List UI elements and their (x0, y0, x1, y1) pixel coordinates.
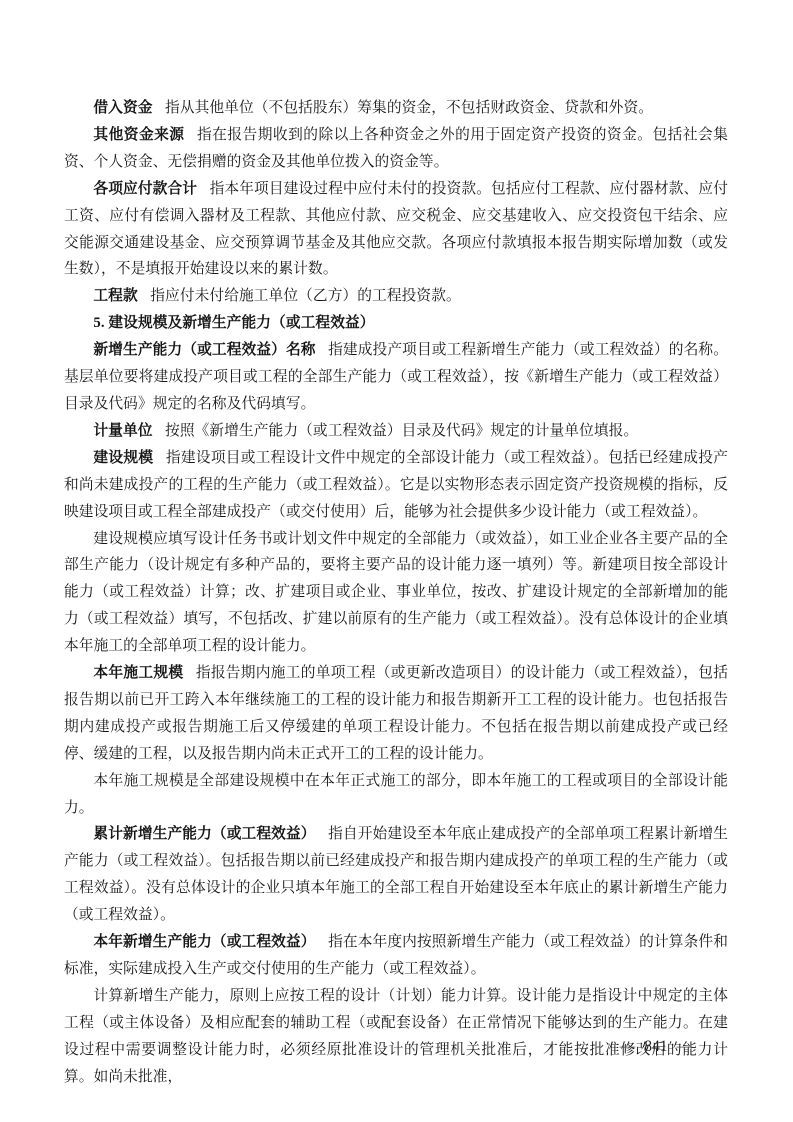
term-label: 本年新增生产能力（或工程效益） (93, 934, 328, 950)
definition-paragraph: 各项应付款合计指本年项目建设过程中应付未付的投资款。包括应付工程款、应付器材款、… (64, 176, 728, 284)
term-label: 建设规模 (93, 450, 165, 466)
section-heading-text: 5. 建设规模及新增生产能力（或工程效益） (93, 315, 374, 331)
definition-paragraph: 累计新增生产能力（或工程效益）指自开始建设至本年底止建成投产的全部单项工程累计新… (64, 821, 728, 929)
term-label: 本年施工规模 (93, 665, 195, 681)
text-block: 借入资金指从其他单位（不包括股东）筹集的资金，不包括财政资金、贷款和外资。 其他… (64, 95, 728, 1091)
page-footer: —841— (611, 1037, 701, 1057)
paragraph-text: 本年施工规模是全部建设规模中在本年正式施工的部分，即本年施工的工程或项目的全部设… (64, 773, 728, 816)
definition-paragraph: 本年新增生产能力（或工程效益）指在本年度内按照新增生产能力（或工程效益）的计算条… (64, 929, 728, 983)
term-label: 计量单位 (93, 423, 165, 439)
definition-paragraph: 本年施工规模指报告期内施工的单项工程（或更新改造项目）的设计能力（或工程效益），… (64, 660, 728, 768)
term-label: 其他资金来源 (93, 127, 197, 143)
section-heading: 5. 建设规模及新增生产能力（或工程效益） (64, 310, 728, 337)
footer-dash-right: — (668, 1038, 702, 1055)
document-page: 借入资金指从其他单位（不包括股东）筹集的资金，不包括财政资金、贷款和外资。 其他… (0, 0, 793, 1122)
paragraph-text: 指从其他单位（不包括股东）筹集的资金，不包括财政资金、贷款和外资。 (165, 100, 653, 116)
definition-paragraph: 工程款指应付未付给施工单位（乙方）的工程投资款。 (64, 283, 728, 310)
paragraph-text: 指应付未付给施工单位（乙方）的工程投资款。 (150, 288, 461, 304)
definition-paragraph: 计量单位按照《新增生产能力（或工程效益）目录及代码》规定的计量单位填报。 (64, 418, 728, 445)
paragraph-text: 按照《新增生产能力（或工程效益）目录及代码》规定的计量单位填报。 (165, 423, 638, 439)
term-label: 各项应付款合计 (93, 181, 209, 197)
definition-paragraph: 借入资金指从其他单位（不包括股东）筹集的资金，不包括财政资金、贷款和外资。 (64, 95, 728, 122)
body-paragraph: 建设规模应填写设计任务书或计划文件中规定的全部能力（或效益），如工业企业各主要产… (64, 526, 728, 661)
body-paragraph: 本年施工规模是全部建设规模中在本年正式施工的部分，即本年施工的工程或项目的全部设… (64, 768, 728, 822)
definition-paragraph: 新增生产能力（或工程效益）名称指建成投产项目或工程新增生产能力（或工程效益）的名… (64, 337, 728, 418)
term-label: 累计新增生产能力（或工程效益） (93, 826, 328, 842)
definition-paragraph: 建设规模指建设项目或工程设计文件中规定的全部设计能力（或工程效益）。包括已经建成… (64, 445, 728, 526)
term-label: 新增生产能力（或工程效益）名称 (93, 342, 328, 358)
footer-dash-left: — (611, 1038, 645, 1055)
term-label: 工程款 (93, 288, 150, 304)
definition-paragraph: 其他资金来源指在报告期收到的除以上各种资金之外的用于固定资产投资的资金。包括社会… (64, 122, 728, 176)
term-label: 借入资金 (93, 100, 165, 116)
paragraph-text: 建设规模应填写设计任务书或计划文件中规定的全部能力（或效益），如工业企业各主要产… (64, 531, 728, 655)
page-number: 841 (644, 1038, 667, 1055)
